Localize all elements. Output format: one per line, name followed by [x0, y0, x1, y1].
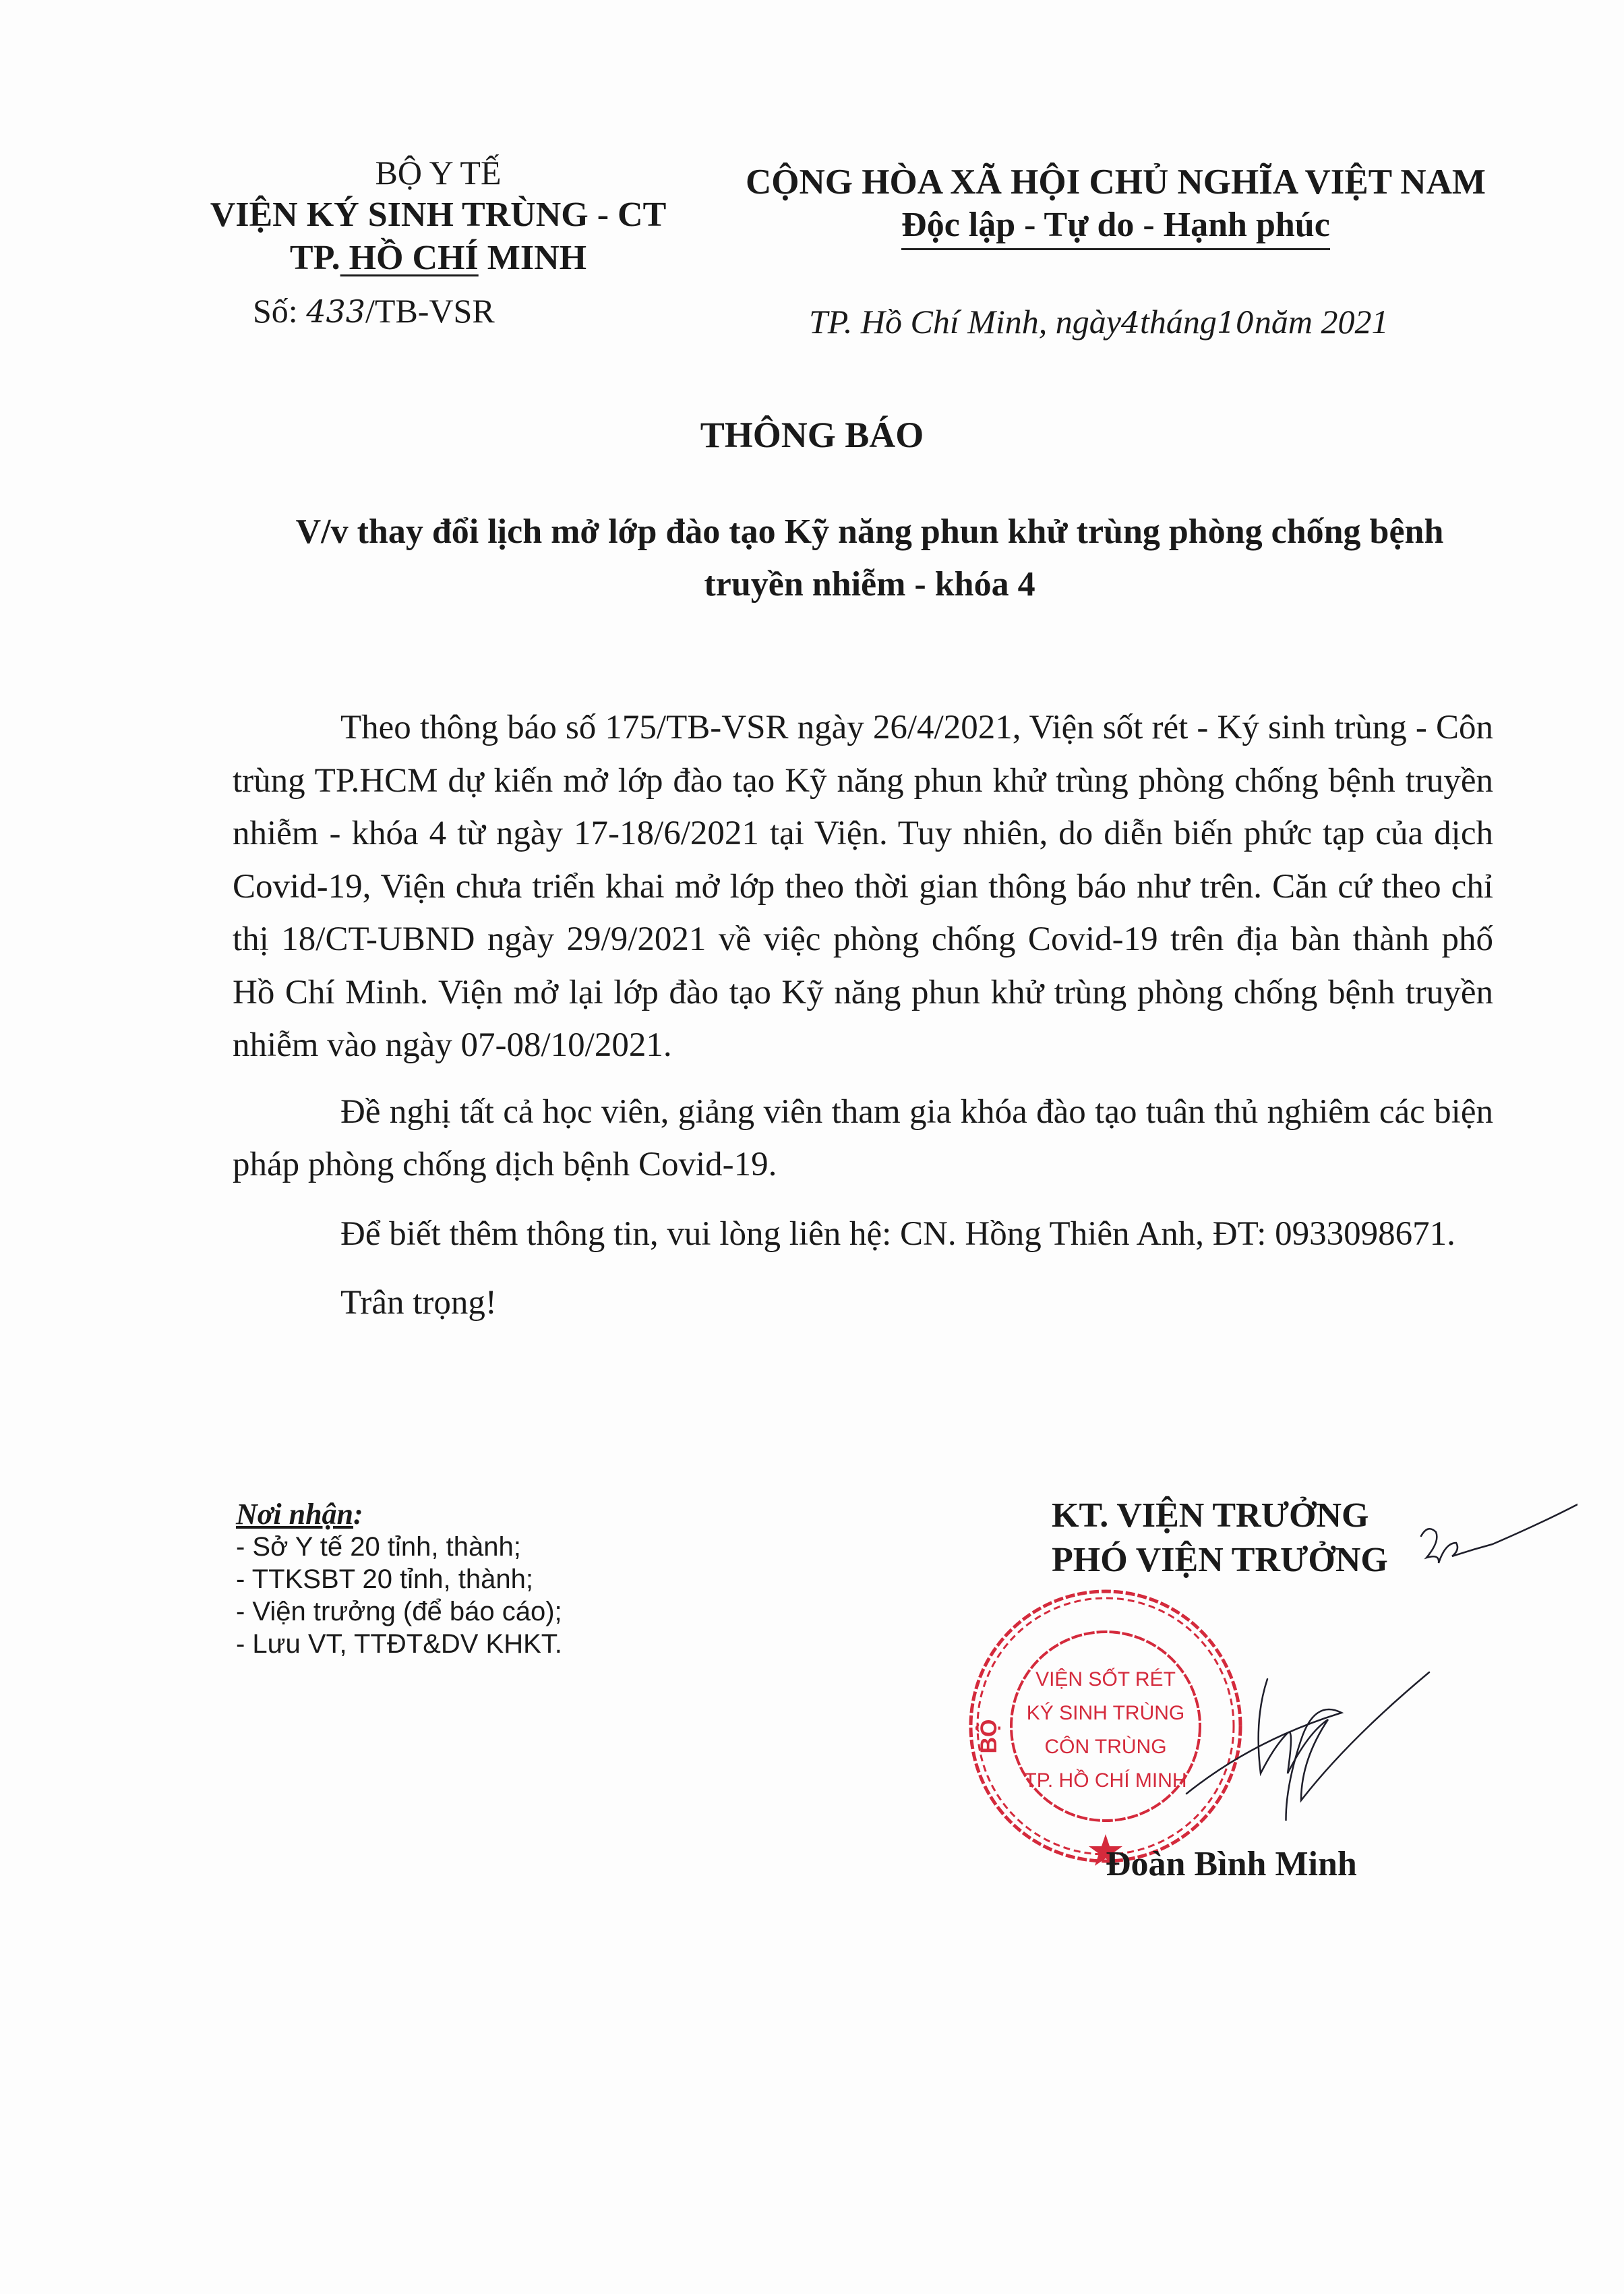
body-paragraph: Để biết thêm thông tin, vui lòng liên hệ…	[233, 1208, 1493, 1261]
date-month: 10	[1217, 306, 1255, 341]
stamp-line: KÝ SINH TRÙNG	[1027, 1702, 1184, 1724]
institute-name: VIỆN KÝ SINH TRÙNG - CT	[169, 194, 708, 237]
number-label: Số:	[253, 292, 306, 330]
ministry-name: BỘ Y TẾ	[169, 152, 708, 194]
recipients-block: Nơi nhận: - Sở Y tế 20 tỉnh, thành; - TT…	[236, 1498, 562, 1660]
document-title: THÔNG BÁO	[0, 414, 1624, 456]
signatory-line-1: KT. VIỆN TRƯỞNG	[1052, 1494, 1388, 1538]
year-label: năm 2021	[1255, 303, 1389, 341]
signatory-name: Đoàn Bình Minh	[1106, 1844, 1357, 1884]
city-underlined: HỒ CHÍ	[340, 239, 479, 277]
signatory-line-2: PHÓ VIỆN TRƯỞNG	[1052, 1538, 1388, 1583]
stamp-line: TP. HỒ CHÍ MINH	[1024, 1769, 1186, 1792]
official-stamp-icon: VIỆN SỐT RÉT KÝ SINH TRÙNG CÔN TRÙNG TP.…	[964, 1585, 1247, 1868]
signatory-title: KT. VIỆN TRƯỞNG PHÓ VIỆN TRƯỞNG	[1052, 1494, 1388, 1583]
month-label: tháng	[1140, 303, 1217, 341]
document-subject: V/v thay đổi lịch mở lớp đào tạo Kỹ năng…	[243, 506, 1497, 611]
recipients-heading: Nơi nhận:	[236, 1498, 562, 1531]
date-day: 4	[1121, 306, 1140, 341]
closing: Trân trọng!	[233, 1276, 1493, 1330]
number-handwritten: 433	[306, 293, 365, 330]
issuer-header: BỘ Y TẾ VIỆN KÝ SINH TRÙNG - CT TP. HỒ C…	[169, 152, 708, 280]
date-prefix: TP. Hồ Chí Minh, ngày	[809, 303, 1121, 341]
country-name: CỘNG HÒA XÃ HỘI CHỦ NGHĨA VIỆT NAM	[715, 160, 1517, 204]
recipient-item: - Sở Y tế 20 tỉnh, thành;	[236, 1531, 562, 1563]
recipient-item: - TTKSBT 20 tỉnh, thành;	[236, 1563, 562, 1595]
body-paragraph: Theo thông báo số 175/TB-VSR ngày 26/4/2…	[233, 701, 1493, 1072]
institute-city: TP. HỒ CHÍ MINH	[169, 237, 708, 280]
recipient-item: - Viện trưởng (để báo cáo);	[236, 1595, 562, 1628]
city-prefix: TP.	[290, 239, 340, 277]
body-paragraph: Đề nghị tất cả học viên, giảng viên tham…	[233, 1086, 1493, 1192]
document-number: Số: 433/TB-VSR	[253, 291, 495, 330]
stamp-line: CÔN TRÙNG	[1044, 1735, 1166, 1758]
city-suffix: MINH	[479, 239, 587, 277]
date-line: TP. Hồ Chí Minh, ngày4tháng10năm 2021	[809, 302, 1389, 341]
stamp-side-text: BỘ	[975, 1719, 1002, 1754]
stamp-line: VIỆN SỐT RÉT	[1035, 1668, 1176, 1690]
recipient-item: - Lưu VT, TTĐT&DV KHKT.	[236, 1628, 562, 1660]
document-body: Theo thông báo số 175/TB-VSR ngày 26/4/2…	[233, 701, 1493, 1330]
national-header: CỘNG HÒA XÃ HỘI CHỦ NGHĨA VIỆT NAM Độc l…	[715, 160, 1517, 250]
number-suffix: /TB-VSR	[365, 292, 495, 330]
national-motto: Độc lập - Tự do - Hạnh phúc	[901, 204, 1330, 250]
